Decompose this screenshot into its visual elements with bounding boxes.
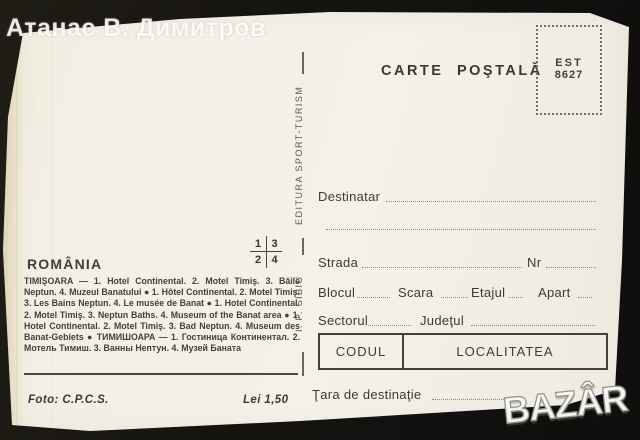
- spine-line-top: [302, 52, 304, 74]
- localitatea-cell: LOCALITATEA: [404, 335, 606, 368]
- strada-label: Strada: [318, 255, 358, 270]
- destinatar-label: Destinatar: [318, 189, 380, 204]
- judetul-line: [471, 325, 595, 326]
- etajul-line: [508, 297, 523, 298]
- series-mark-top-right: 3: [266, 236, 282, 252]
- price-label: Lei 1,50: [243, 394, 288, 406]
- scara-line: [441, 297, 468, 298]
- series-mark-bottom-left: 2: [250, 252, 266, 268]
- judetul-label: Judeţul: [420, 313, 464, 328]
- apart-label: Apart: [538, 285, 571, 300]
- blocul-label: Blocul: [318, 285, 355, 300]
- series-mark: 1 3 2 4: [250, 236, 282, 268]
- address-line-2: [326, 229, 596, 230]
- blocul-line: [357, 297, 390, 298]
- spine-line-middle: [302, 238, 304, 255]
- stamp-code-line1: EST: [538, 57, 600, 69]
- caption-text: TIMIŞOARA — 1. Hotel Continental. 2. Mot…: [24, 276, 300, 354]
- photo-background: CARTE POŞTALĂ EST 8627 EDITURA SPORT-TUR…: [0, 0, 640, 440]
- stamp-code-line2: 8627: [538, 69, 600, 82]
- cod-localitate-box: CODUL LOCALITATEA: [318, 333, 608, 370]
- card-crease: [16, 0, 18, 440]
- nr-line: [546, 267, 596, 268]
- series-mark-bottom-right: 4: [266, 252, 282, 268]
- carte-postala-title: CARTE POŞTALĂ: [381, 63, 543, 79]
- codul-cell: CODUL: [320, 335, 404, 368]
- photo-credit: Foto: C.P.C.S.: [28, 394, 109, 406]
- country-label: ROMÂNIA: [27, 256, 102, 272]
- nr-label: Nr: [527, 255, 541, 270]
- sectorul-line: [368, 325, 411, 326]
- publisher-imprint: EDITURA SPORT-TURISM: [294, 76, 308, 234]
- sectorul-label: Sectorul: [318, 313, 368, 328]
- seller-watermark: Атанас В. Димитров: [6, 14, 266, 43]
- tara-label: Ţara de destinaţie: [312, 387, 421, 402]
- strada-line: [362, 267, 522, 268]
- etajul-label: Etajul: [471, 285, 505, 300]
- card-edge-shading: [0, 0, 26, 440]
- series-mark-top-left: 1: [250, 236, 266, 252]
- scara-label: Scara: [398, 285, 433, 300]
- destinatar-line: [386, 201, 596, 202]
- caption-divider-line: [24, 373, 298, 375]
- postcard: CARTE POŞTALĂ EST 8627 EDITURA SPORT-TUR…: [0, 0, 640, 440]
- apart-line: [578, 297, 592, 298]
- stamp-box: EST 8627: [536, 25, 602, 115]
- spine-line-bottom: [302, 352, 304, 376]
